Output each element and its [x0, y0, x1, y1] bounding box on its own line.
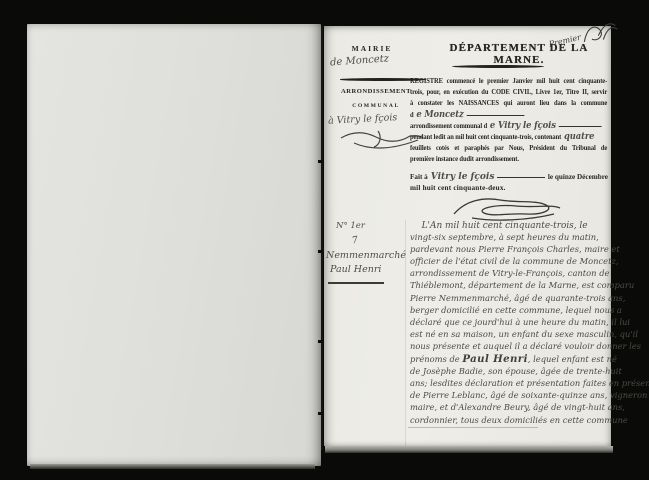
feuillets-count-handwritten: quatre	[564, 132, 594, 143]
child-name: Paul Henri	[462, 353, 527, 365]
act-body-line: nous présente et auquel il a déclaré vou…	[410, 341, 608, 353]
act-body-line: arrondissement de Vitry-le-François, can…	[410, 268, 608, 280]
act-body: L'An mil huit cent cinquante-trois, le v…	[410, 220, 608, 427]
act-body-line: est né en sa maison, un enfant du sexe m…	[410, 329, 608, 341]
fill-rule	[466, 115, 524, 116]
signature-flourish-icon	[446, 192, 564, 222]
act-number: N° 1er	[336, 221, 365, 231]
registre-line: première instance dudit arrondissement.	[410, 154, 607, 165]
act-body-line: prénoms de Paul Henri, lequel enfant est…	[410, 353, 608, 366]
registre-line: d e Moncetz	[410, 110, 607, 121]
book-gutter	[321, 26, 323, 450]
scanned-register-spread: Premier MAIRIE de Moncetz ARRONDISSEMENT…	[0, 0, 649, 480]
fait-line-2: mil huit cent cinquante-deux.	[410, 184, 506, 192]
registre-line: arrondissement communal d e Vitry le fço…	[410, 121, 607, 132]
page-title: DÉPARTEMENT DE LA MARNE.	[429, 42, 609, 66]
fait-date: le quinze Décembre	[548, 173, 608, 181]
arrondissement-fill-handwritten: e Vitry le fçois	[490, 121, 556, 132]
left-page-bottom-edge	[30, 464, 315, 469]
act-body-line: ans; lesdites déclaration et présentatio…	[410, 378, 608, 390]
registre-lead: REGISTRE	[410, 77, 443, 85]
act-body-line: de Josèphe Badie, son épouse, âgée de tr…	[410, 366, 608, 378]
arrondissement-label: ARRONDISSEMENT	[336, 88, 416, 95]
registre-paragraph: REGISTRE commencé le premier Janvier mil…	[410, 76, 607, 166]
act-body-line: déclaré que ce jourd'hui à une heure du …	[410, 317, 608, 329]
act-paraph: 7	[351, 235, 359, 247]
act-body-line: L'An mil huit cent cinquante-trois, le	[410, 220, 608, 232]
margin-name-underline	[328, 282, 384, 284]
fait-line: Fait à Vitry le fçois le quinze Décembre	[410, 172, 608, 182]
divider-rule	[452, 65, 544, 68]
fait-prefix: Fait à	[410, 173, 428, 181]
left-blank-page	[27, 24, 321, 466]
margin-pencil-rule	[405, 220, 406, 446]
act-body-line: officier de l'état civil de la commune d…	[410, 256, 608, 268]
act-margin-surname: Nemmenmarché	[326, 250, 406, 261]
act-body-line: vingt-six septembre, à sept heures du ma…	[410, 232, 608, 244]
act-body-line: berger domicilié en cette commune, leque…	[410, 305, 608, 317]
registre-line: REGISTRE commencé le premier Janvier mil…	[410, 76, 607, 87]
fill-rule	[497, 177, 544, 178]
registre-line: feuillets cotés et paraphés par Nous, Pr…	[410, 143, 607, 154]
act-body-line: Pierre Nemmenmarché, âgé de quarante-tro…	[410, 293, 608, 305]
communal-label: COMMUNAL	[336, 103, 416, 109]
fait-place-handwritten: Vitry le fçois	[431, 172, 495, 182]
act-body-line: Thiéblemont, département de la Marne, es…	[410, 280, 608, 292]
right-register-page: Premier MAIRIE de Moncetz ARRONDISSEMENT…	[324, 26, 611, 446]
act-body-line: maire, et d'Alexandre Beury, âgé de ving…	[410, 402, 608, 414]
mairie-commune-handwritten: de Moncetz	[330, 51, 431, 69]
commune-fill-handwritten: e Moncetz	[416, 110, 463, 121]
registre-line: à constater les NAISSANCES qui auront li…	[410, 98, 607, 109]
act-body-line: de Pierre Leblanc, âgé de soixante-quinz…	[410, 390, 608, 402]
act-margin-firstnames: Paul Henri	[330, 264, 381, 275]
registre-line: pendant ledit an mil huit cent cinquante…	[410, 132, 607, 143]
registre-line: trois, pour, en exécution du CODE CIVIL,…	[410, 87, 607, 98]
fill-rule	[559, 126, 602, 127]
right-page-bottom-edge	[325, 446, 613, 453]
act-body-line: pardevant nous Pierre François Charles, …	[410, 244, 608, 256]
mairie-label: MAIRIE	[342, 44, 402, 53]
act-end-pencil-rule	[408, 427, 538, 428]
act-body-line: cordonnier, tous deux domiciliés en cett…	[410, 415, 608, 427]
